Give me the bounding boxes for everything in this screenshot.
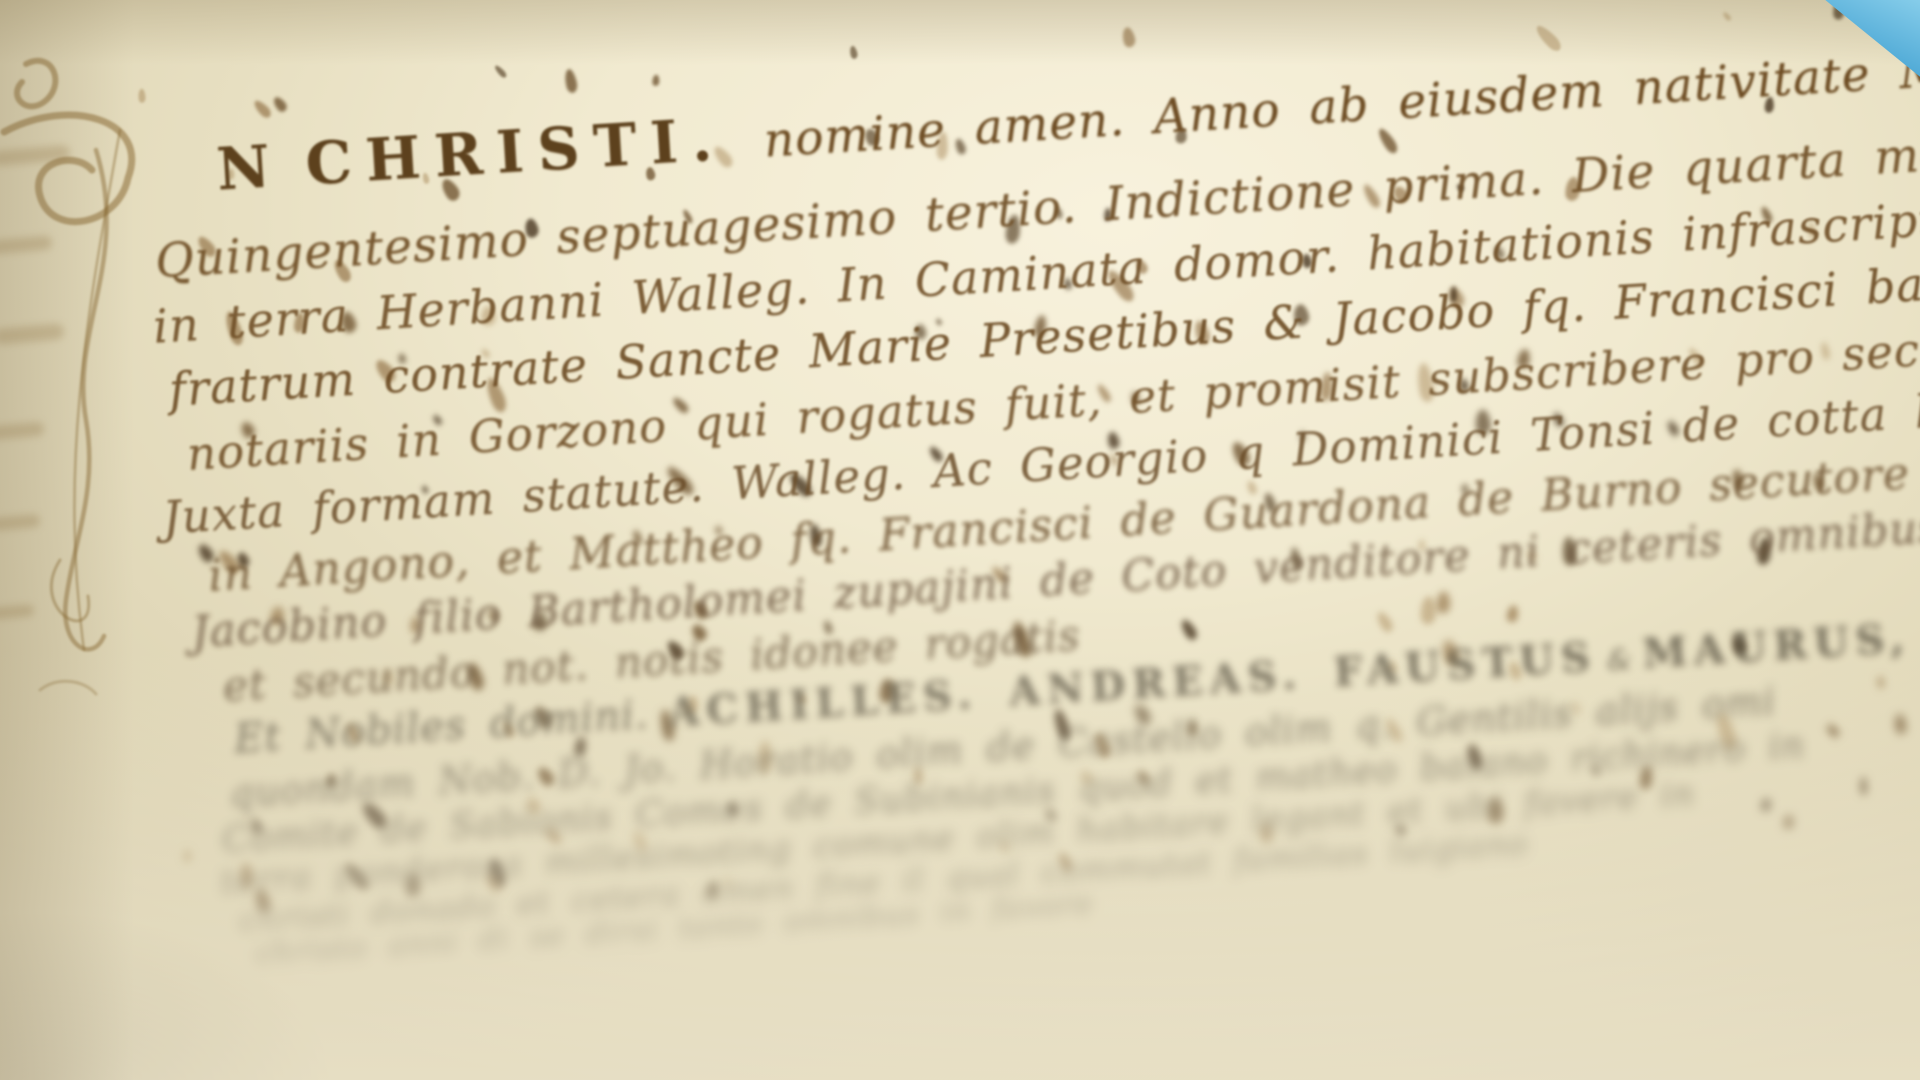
names-capitals-end: MAURUS,	[1641, 614, 1912, 677]
ink-fleck	[1374, 610, 1396, 634]
ink-fleck	[183, 849, 192, 862]
ink-fleck	[1178, 618, 1200, 642]
ink-fleck	[1761, 798, 1770, 812]
manuscript-text: NCHRISTI.nomine amen. Anno ab eiusdem na…	[140, 26, 1920, 1059]
manuscript-photo: NCHRISTI.nomine amen. Anno ab eiusdem na…	[0, 0, 1920, 1080]
ink-fleck	[1784, 815, 1793, 829]
names-conjunction: &	[1606, 642, 1634, 677]
ink-fleck	[1859, 776, 1868, 795]
heading-initial: N	[215, 131, 286, 203]
ink-fleck	[1877, 676, 1886, 689]
ink-fleck	[1436, 591, 1451, 614]
ink-fleck	[1506, 605, 1518, 623]
ink-fleck	[1894, 713, 1908, 735]
ink-fleck	[1420, 596, 1436, 625]
ink-fleck	[1824, 722, 1840, 738]
